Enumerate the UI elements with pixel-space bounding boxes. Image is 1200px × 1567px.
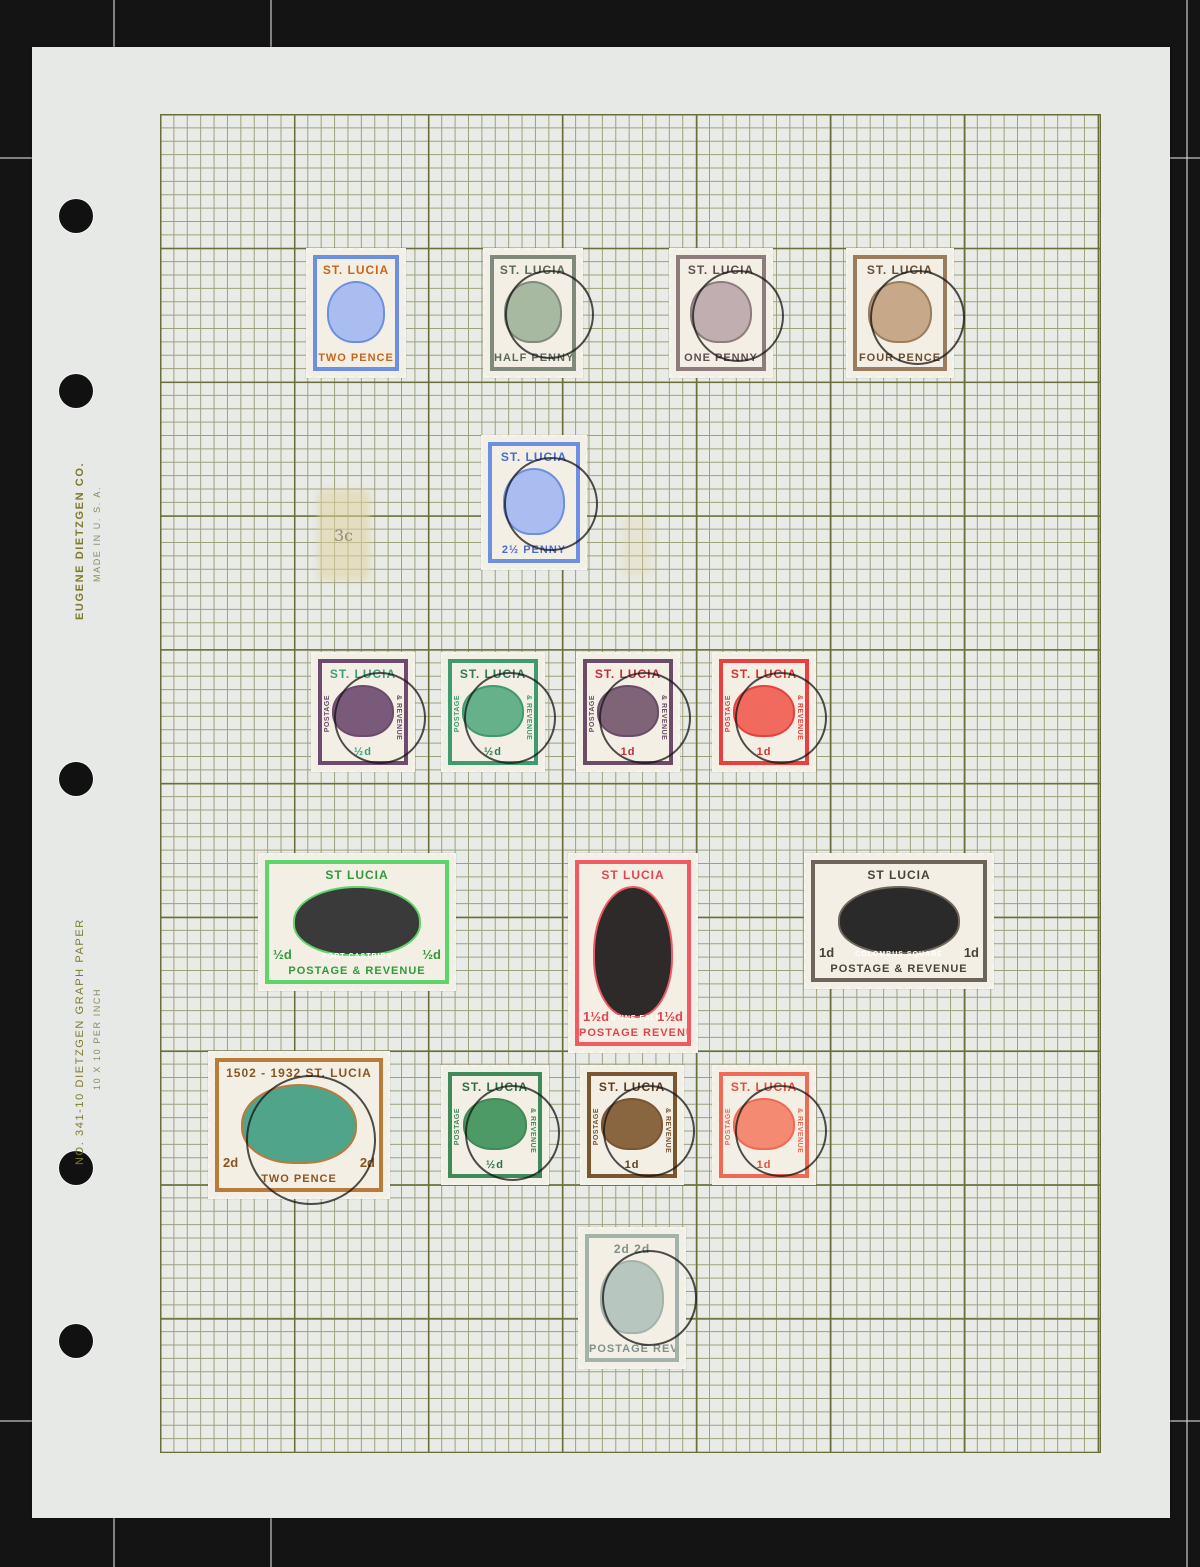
- stamp-caption: PORT CASTRIES: [269, 953, 445, 960]
- stamp-value: POSTAGE REVENUE: [589, 1343, 675, 1355]
- stamp-title: ST. LUCIA: [863, 261, 937, 279]
- stamp: ST. LUCIAONE PENNY: [669, 248, 773, 378]
- stamp-title: 1502 - 1932 ST. LUCIA: [222, 1064, 376, 1082]
- stamp-value: POSTAGE & REVENUE: [269, 965, 445, 977]
- stamp-side-label: POSTAGE: [454, 695, 461, 732]
- stamp: 1502 - 1932 ST. LUCIATWO PENCE2d2d: [208, 1051, 390, 1199]
- stamp-portrait: [463, 1098, 527, 1150]
- stamp-frame: ST LUCIACOLOMBUS SQUAREPOSTAGE & REVENUE…: [811, 860, 987, 982]
- punch-hole: [59, 199, 93, 233]
- stamp: ST. LUCIAPOSTAGE& REVENUE1d: [576, 652, 680, 772]
- stamp-denomination: 2d: [223, 1155, 238, 1170]
- stamp-side-label: & REVENUE: [525, 695, 532, 740]
- stamp-value: 1d: [723, 746, 805, 758]
- stamp-side-label: & REVENUE: [395, 695, 402, 740]
- stamp-portrait: [504, 281, 563, 343]
- stamp-title: ST. LUCIA: [727, 1078, 801, 1096]
- stamp-portrait: [690, 281, 751, 343]
- stamp-title: ST. LUCIA: [458, 1078, 532, 1096]
- stamp-value: 2½ PENNY: [492, 544, 576, 556]
- stamp-portrait: [733, 685, 794, 737]
- stamp-denomination: 1d: [964, 945, 979, 960]
- stamp-portrait: [601, 1098, 662, 1150]
- stamp: 2d 2dPOSTAGE REVENUE: [578, 1227, 686, 1369]
- stamp-side-label: & REVENUE: [664, 1108, 671, 1153]
- stamp-title: ST. LUCIA: [496, 261, 570, 279]
- stamp-frame: ST. LUCIAHALF PENNY: [490, 255, 576, 371]
- stamp-title: ST. LUCIA: [727, 665, 801, 683]
- stamp-side-label: POSTAGE: [324, 695, 331, 732]
- stamp: ST. LUCIATWO PENCE: [306, 248, 406, 378]
- stamp-portrait: [332, 685, 393, 737]
- stamp-caption: COLOMBUS SQUARE: [815, 951, 983, 958]
- stamp-portrait: [327, 281, 386, 343]
- stamp-frame: 1502 - 1932 ST. LUCIATWO PENCE2d2d: [215, 1058, 383, 1192]
- stamp-frame: ST. LUCIAPOSTAGE& REVENUE1d: [719, 1072, 809, 1178]
- stamp-value: TWO PENCE: [219, 1173, 379, 1185]
- stamp-side-label: POSTAGE: [589, 695, 596, 732]
- stamp-denomination: ½d: [273, 947, 292, 962]
- stamp-frame: ST. LUCIAPOSTAGE& REVENUE1d: [719, 659, 809, 765]
- stamp: ST. LUCIAPOSTAGE& REVENUE½d: [311, 652, 415, 772]
- stamp-value: HALF PENNY: [494, 352, 572, 364]
- stamp-title: 2d 2d: [610, 1240, 654, 1258]
- imprint-product: NO. 341-10 DIETZGEN GRAPH PAPER: [74, 918, 86, 1165]
- stamp-title: ST. LUCIA: [326, 665, 400, 683]
- stamp-side-label: POSTAGE: [725, 695, 732, 732]
- stamp-title: ST LUCIA: [863, 866, 934, 884]
- stamp-frame: 2d 2dPOSTAGE REVENUE: [585, 1234, 679, 1362]
- pencil-note: 3c: [334, 526, 353, 545]
- stamp: ST. LUCIAPOSTAGE& REVENUE½d: [441, 652, 545, 772]
- stamp: ST. LUCIAHALF PENNY: [483, 248, 583, 378]
- imprint-ruling: 10 X 10 PER INCH: [92, 988, 102, 1090]
- stamp-frame: ST LUCIAPORT CASTRIESPOSTAGE & REVENUE½d…: [265, 860, 449, 984]
- stamp: ST. LUCIAFOUR PENCE: [846, 248, 954, 378]
- stamp-denomination: 1½d: [583, 1009, 609, 1024]
- stamp-title: ST. LUCIA: [684, 261, 758, 279]
- hinge-stain: [622, 517, 652, 577]
- imprint-company: EUGENE DIETZGEN CO.: [74, 462, 86, 620]
- stamp-side-label: POSTAGE: [593, 1108, 600, 1145]
- stamp-title: ST. LUCIA: [595, 1078, 669, 1096]
- stamp-portrait: [838, 886, 960, 954]
- stamp-side-label: & REVENUE: [660, 695, 667, 740]
- stamp-value: ½d: [322, 746, 404, 758]
- stamp-value: 1d: [591, 1159, 673, 1171]
- stamp: ST. LUCIAPOSTAGE& REVENUE1d: [712, 1065, 816, 1185]
- stamp-frame: ST. LUCIAPOSTAGE& REVENUE½d: [448, 1072, 542, 1178]
- stamp-portrait: [241, 1084, 357, 1164]
- stamp-value: 1d: [723, 1159, 805, 1171]
- stamp-frame: ST. LUCIAPOSTAGE& REVENUE½d: [318, 659, 408, 765]
- punch-hole: [59, 374, 93, 408]
- stamp: ST. LUCIAPOSTAGE& REVENUE1d: [712, 652, 816, 772]
- punch-hole: [59, 1324, 93, 1358]
- stamp-frame: ST. LUCIAPOSTAGE& REVENUE1d: [583, 659, 673, 765]
- stamp-value: TWO PENCE: [317, 352, 395, 364]
- stamp-side-label: POSTAGE: [725, 1108, 732, 1145]
- stamp-side-label: & REVENUE: [529, 1108, 536, 1153]
- stamp-frame: ST. LUCIATWO PENCE: [313, 255, 399, 371]
- stamp-portrait: [593, 886, 673, 1018]
- stamp-denomination: 1½d: [657, 1009, 683, 1024]
- stamp-side-label: & REVENUE: [796, 1108, 803, 1153]
- stamp: ST. LUCIA2½ PENNY: [481, 435, 587, 570]
- stamp-title: ST. LUCIA: [497, 448, 571, 466]
- album-page: EUGENE DIETZGEN CO. MADE IN U. S. A. NO.…: [32, 47, 1170, 1518]
- stamp-portrait: [597, 685, 658, 737]
- stamp-title: ST LUCIA: [321, 866, 392, 884]
- stamp-frame: ST. LUCIAPOSTAGE& REVENUE½d: [448, 659, 538, 765]
- stamp-value: 1d: [587, 746, 669, 758]
- imprint-origin: MADE IN U. S. A.: [92, 486, 102, 582]
- stamp-side-label: POSTAGE: [454, 1108, 461, 1145]
- stamp-frame: ST LUCIAVENTINE FALLSPOSTAGE REVENUE1½d1…: [575, 860, 691, 1046]
- stamp-portrait: [462, 685, 523, 737]
- stamp-frame: ST. LUCIAPOSTAGE& REVENUE1d: [587, 1072, 677, 1178]
- stamp-value: POSTAGE REVENUE: [579, 1027, 687, 1039]
- stamp-frame: ST. LUCIAONE PENNY: [676, 255, 766, 371]
- stamp-frame: ST. LUCIAFOUR PENCE: [853, 255, 947, 371]
- stamp-value: POSTAGE & REVENUE: [815, 963, 983, 975]
- punch-hole: [59, 762, 93, 796]
- stamp-denomination: 1d: [819, 945, 834, 960]
- stamp-portrait: [503, 468, 566, 535]
- stamp-denomination: ½d: [422, 947, 441, 962]
- stamp-title: ST. LUCIA: [319, 261, 393, 279]
- stamp-value: FOUR PENCE: [857, 352, 943, 364]
- stamp-side-label: & REVENUE: [796, 695, 803, 740]
- stamp: ST. LUCIAPOSTAGE& REVENUE1d: [580, 1065, 684, 1185]
- stamp-value: ONE PENNY: [680, 352, 762, 364]
- stamp: ST. LUCIAPOSTAGE& REVENUE½d: [441, 1065, 549, 1185]
- stamp-value: ½d: [452, 746, 534, 758]
- stamp-title: ST. LUCIA: [591, 665, 665, 683]
- stamp-title: ST LUCIA: [597, 866, 668, 884]
- stamp-title: ST. LUCIA: [456, 665, 530, 683]
- stamp-frame: ST. LUCIA2½ PENNY: [488, 442, 580, 563]
- stamp-portrait: [600, 1260, 664, 1334]
- stamp-portrait: [868, 281, 932, 343]
- stamp: ST LUCIACOLOMBUS SQUAREPOSTAGE & REVENUE…: [804, 853, 994, 989]
- stamp: ST LUCIAVENTINE FALLSPOSTAGE REVENUE1½d1…: [568, 853, 698, 1053]
- stamp-value: ½d: [452, 1159, 538, 1171]
- stamp-denomination: 2d: [360, 1155, 375, 1170]
- stamp-portrait: [733, 1098, 794, 1150]
- stamp-portrait: [293, 886, 420, 956]
- stamp: ST LUCIAPORT CASTRIESPOSTAGE & REVENUE½d…: [258, 853, 456, 991]
- background-line: [1186, 0, 1188, 1567]
